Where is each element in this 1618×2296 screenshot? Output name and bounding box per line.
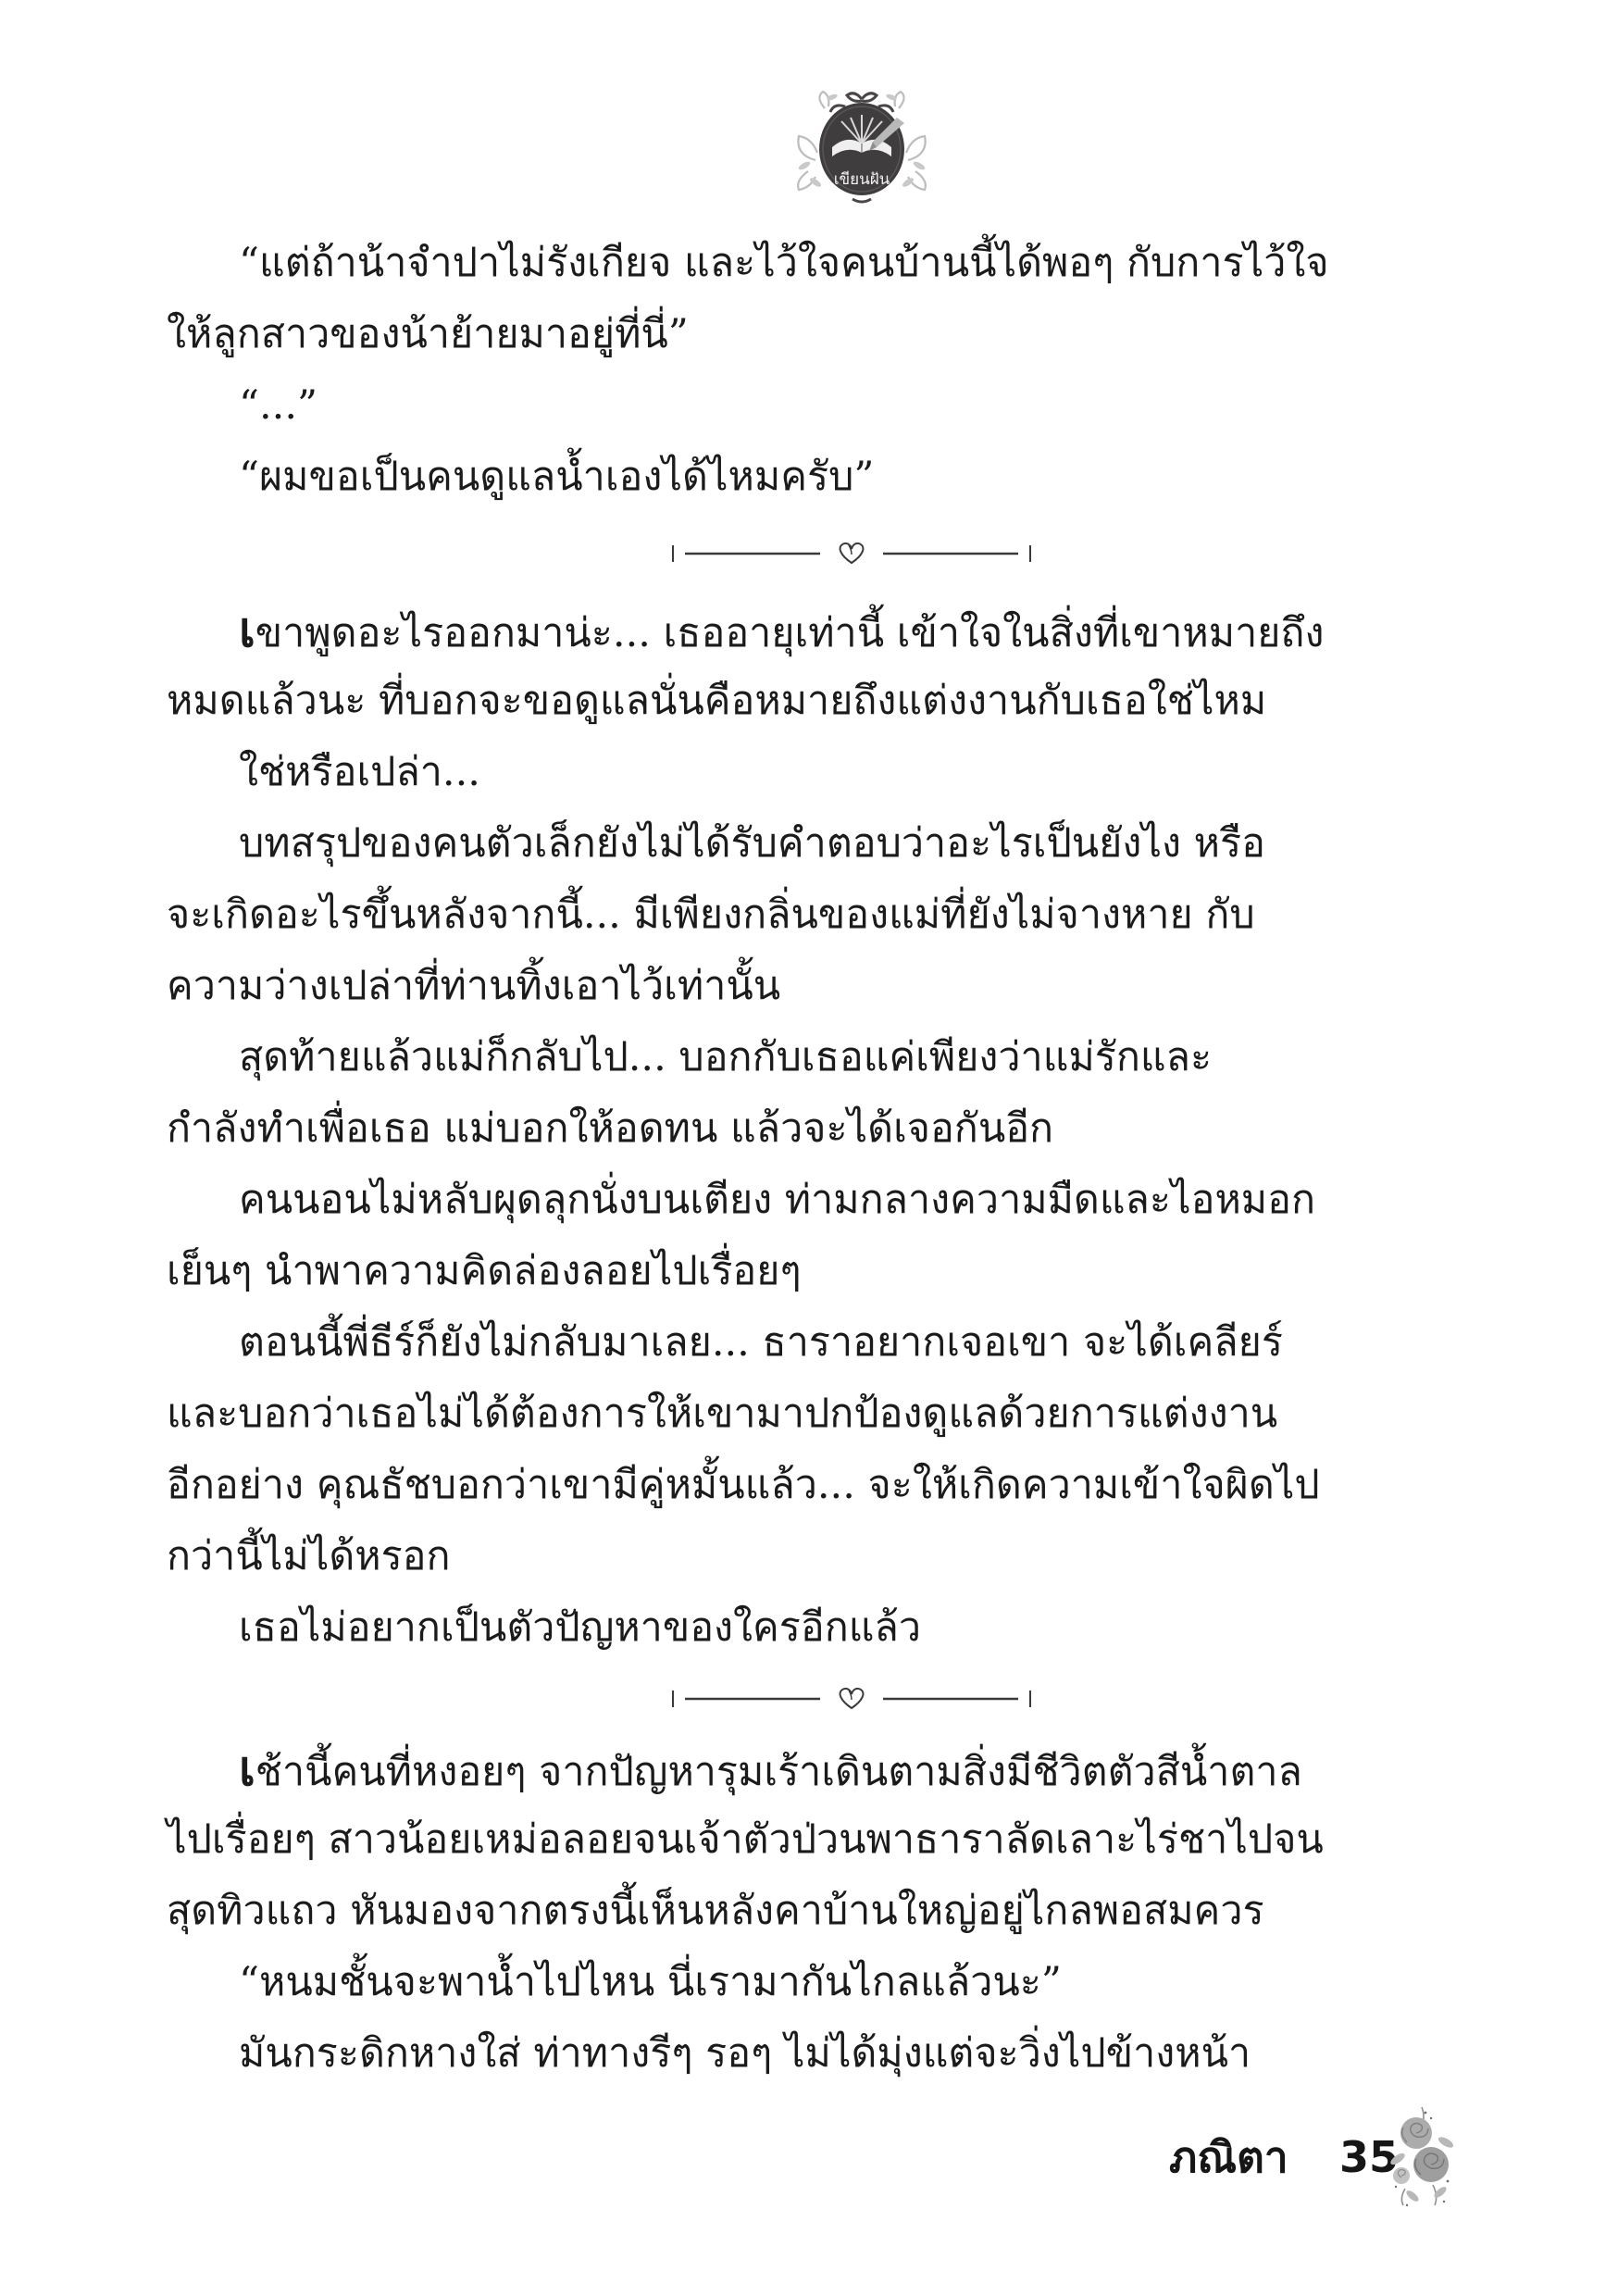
- text-line-content: มันกระดิกหางใส่ ท่าทางรีๆ รอๆ ไม่ได้มุ่ง…: [239, 2030, 1251, 2077]
- text-line: “แต่ถ้าน้าจำปาไม่รังเกียจ และไว้ใจคนบ้าน…: [167, 228, 1490, 299]
- text-line-content: ไปเรื่อยๆ สาวน้อยเหม่อลอยจนเจ้าตัวป่วนพา…: [167, 1816, 1324, 1863]
- text-line-content: กว่านี้ไม่ได้หรอก: [167, 1533, 451, 1579]
- paragraph-lead-char: เ: [239, 602, 255, 658]
- text-line-content: ให้ลูกสาวของน้าย้ายมาอยู่ที่นี่”: [167, 311, 689, 357]
- text-line-content: “หนมชั้นจะพาน้ำไปไหน นี่เรามากันไกลแล้วน…: [239, 1959, 1062, 2005]
- publisher-logo book-and-quill-emblem-icon: เขียนฝัน: [788, 86, 936, 206]
- text-line: สุดท้ายแล้วแม่ก็กลับไป... บอกกับเธอแค่เพ…: [167, 1022, 1490, 1093]
- text-line: ให้ลูกสาวของน้าย้ายมาอยู่ที่นี่”: [167, 299, 1490, 370]
- text-line-content: “แต่ถ้าน้าจำปาไม่รังเกียจ และไว้ใจคนบ้าน…: [239, 240, 1329, 286]
- text-line: เธอไม่อยากเป็นตัวปัญหาของใครอีกแล้ว: [167, 1592, 1490, 1664]
- text-line-content: อีกอย่าง คุณธัชบอกว่าเขามีคู่หมั้นแล้ว..…: [167, 1462, 1320, 1508]
- text-line-content: สุดทิวแถว หันมองจากตรงนี้เห็นหลังคาบ้านใ…: [167, 1888, 1264, 1934]
- text-line: บทสรุปของคนตัวเล็กยังไม่ได้รับคำตอบว่าอะ…: [167, 808, 1490, 880]
- text-line: คนนอนไม่หลับผุดลุกนั่งบนเตียง ท่ามกลางคว…: [167, 1165, 1490, 1236]
- text-line: เขาพูดอะไรออกมาน่ะ... เธออายุเท่านี้ เข้…: [167, 594, 1490, 666]
- scene-divider: [190, 1664, 1513, 1733]
- text-line-content: ขาพูดอะไรออกมาน่ะ... เธออายุเท่านี้ เข้า…: [255, 610, 1325, 656]
- footer-book-title: ภณิตา: [1169, 2129, 1288, 2185]
- text-line: “หนมชั้นจะพาน้ำไปไหน นี่เรามากันไกลแล้วน…: [167, 1947, 1490, 2018]
- book-page: เขียนฝัน “แต่ถ้าน้าจำปาไม่รังเกียจ และไว…: [0, 0, 1618, 2296]
- text-line-content: บทสรุปของคนตัวเล็กยังไม่ได้รับคำตอบว่าอะ…: [239, 820, 1265, 867]
- paragraph-lead-char: เ: [239, 1741, 255, 1797]
- text-line: อีกอย่าง คุณธัชบอกว่าเขามีคู่หมั้นแล้ว..…: [167, 1450, 1490, 1521]
- text-line-content: ตอนนี้พี่ธีร์ก็ยังไม่กลับมาเลย... ธาราอย…: [239, 1319, 1283, 1366]
- heart-divider-icon: [670, 537, 1033, 570]
- text-line-content: สุดท้ายแล้วแม่ก็กลับไป... บอกกับเธอแค่เพ…: [239, 1034, 1212, 1080]
- text-line-content: หมดแล้วนะ ที่บอกจะขอดูแลนั่นคือหมายถึงแต…: [167, 678, 1266, 724]
- text-line: “ผมขอเป็นคนดูแลน้ำเองได้ไหมครับ”: [167, 442, 1490, 513]
- text-line: กว่านี้ไม่ได้หรอก: [167, 1521, 1490, 1592]
- text-line: ใช่หรือเปล่า...: [167, 737, 1490, 808]
- text-line: “...”: [167, 370, 1490, 442]
- text-line-content: ใช่หรือเปล่า...: [239, 749, 480, 795]
- text-line: จะเกิดอะไรขึ้นหลังจากนี้... มีเพียงกลิ่น…: [167, 880, 1490, 951]
- text-line-content: และบอกว่าเธอไม่ได้ต้องการให้เขามาปกป้องด…: [167, 1391, 1277, 1437]
- text-line-content: เย็นๆ นำพาความคิดล่องลอยไปเรื่อยๆ: [167, 1248, 802, 1294]
- text-line: และบอกว่าเธอไม่ได้ต้องการให้เขามาปกป้องด…: [167, 1379, 1490, 1450]
- text-line: สุดทิวแถว หันมองจากตรงนี้เห็นหลังคาบ้านใ…: [167, 1876, 1490, 1947]
- text-line-content: เธอไม่อยากเป็นตัวปัญหาของใครอีกแล้ว: [239, 1604, 921, 1651]
- text-line: มันกระดิกหางใส่ ท่าทางรีๆ รอๆ ไม่ได้มุ่ง…: [167, 2018, 1490, 2090]
- text-line: เช้านี้คนที่หงอยๆ จากปัญหารุมเร้าเดินตาม…: [167, 1733, 1490, 1804]
- heart-divider-icon: [670, 1682, 1033, 1716]
- text-line-content: กำลังทำเพื่อเธอ แม่บอกให้อดทน แล้วจะได้เ…: [167, 1105, 1053, 1152]
- text-line: ไปเรื่อยๆ สาวน้อยเหม่อลอยจนเจ้าตัวป่วนพา…: [167, 1804, 1490, 1876]
- text-line-content: ความว่างเปล่าที่ท่านทิ้งเอาไว้เท่านั้น: [167, 963, 780, 1009]
- body-text: “แต่ถ้าน้าจำปาไม่รังเกียจ และไว้ใจคนบ้าน…: [167, 228, 1490, 2090]
- rose-flower-ornament-icon: [1385, 2100, 1459, 2211]
- text-line: ความว่างเปล่าที่ท่านทิ้งเอาไว้เท่านั้น: [167, 951, 1490, 1022]
- text-line-content: คนนอนไม่หลับผุดลุกนั่งบนเตียง ท่ามกลางคว…: [239, 1177, 1315, 1223]
- text-line: ตอนนี้พี่ธีร์ก็ยังไม่กลับมาเลย... ธาราอย…: [167, 1307, 1490, 1379]
- text-line-content: “ผมขอเป็นคนดูแลน้ำเองได้ไหมครับ”: [239, 454, 874, 500]
- text-line: เย็นๆ นำพาความคิดล่องลอยไปเรื่อยๆ: [167, 1236, 1490, 1307]
- scene-divider: [190, 513, 1513, 594]
- text-line-content: จะเกิดอะไรขึ้นหลังจากนี้... มีเพียงกลิ่น…: [167, 892, 1255, 938]
- text-line: หมดแล้วนะ ที่บอกจะขอดูแลนั่นคือหมายถึงแต…: [167, 666, 1490, 737]
- text-line: กำลังทำเพื่อเธอ แม่บอกให้อดทน แล้วจะได้เ…: [167, 1093, 1490, 1165]
- text-line-content: ช้านี้คนที่หงอยๆ จากปัญหารุมเร้าเดินตามส…: [255, 1749, 1302, 1795]
- text-line-content: “...”: [239, 382, 317, 429]
- logo-text: เขียนฝัน: [834, 170, 890, 189]
